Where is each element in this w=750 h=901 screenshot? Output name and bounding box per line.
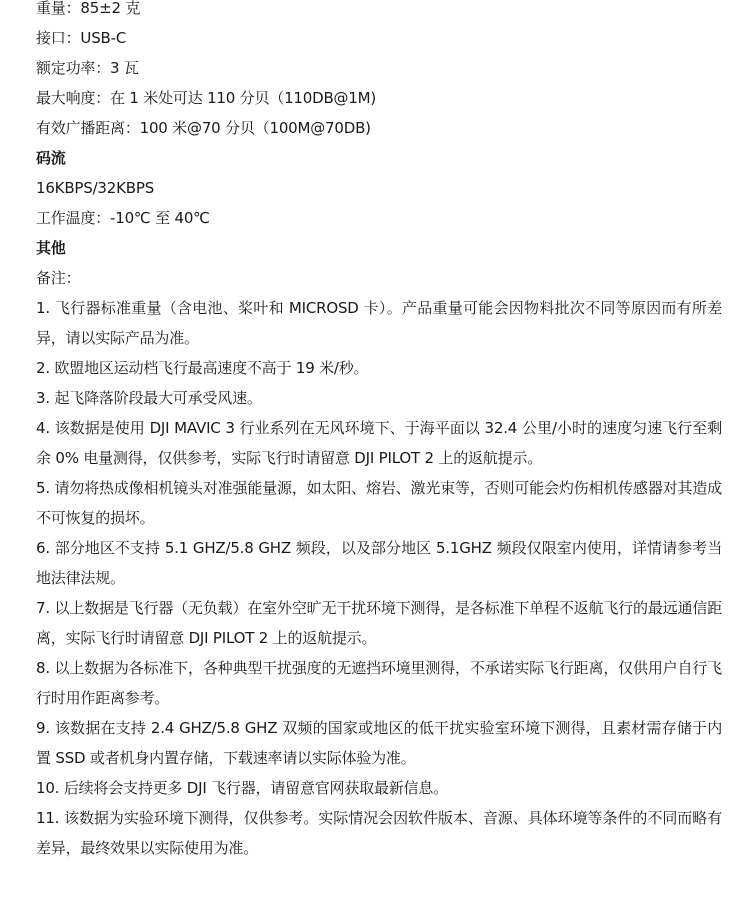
note-item-8: 8. 以上数据为各标准下，各种典型干扰强度的无遮挡环境里测得，不承诺实际飞行距离… [36,653,722,713]
notes-list: 1. 飞行器标准重量（含电池、桨叶和 MICROSD 卡）。产品重量可能会因物料… [36,293,722,863]
spec-value: 在 1 米处可达 110 分贝（110DB@1M) [110,89,376,107]
section-heading-bitrate: 码流 [36,143,722,173]
notes-label: 备注： [36,263,722,293]
spec-label: 工作温度 [36,209,95,227]
spec-interface: 接口：USB-C [36,23,722,53]
spec-rated-power: 额定功率：3 瓦 [36,53,722,83]
spec-value: 100 米@70 分贝（100M@70DB) [140,119,371,137]
note-item-10: 10. 后续将会支持更多 DJI 飞行器，请留意官网获取最新信息。 [36,773,722,803]
note-item-6: 6. 部分地区不支持 5.1 GHZ/5.8 GHZ 频段，以及部分地区 5.1… [36,533,722,593]
spec-value: USB-C [80,29,126,47]
note-item-3: 3. 起飞降落阶段最大可承受风速。 [36,383,722,413]
note-item-4: 4. 该数据是使用 DJI MAVIC 3 行业系列在无风环境下、于海平面以 3… [36,413,722,473]
spec-label: 接口 [36,29,66,47]
spec-label: 重量 [36,0,66,17]
spec-separator: ： [66,0,81,17]
note-item-11: 11. 该数据为实验环境下测得，仅供参考。实际情况会因软件版本、音源、具体环境等… [36,803,722,863]
spec-label: 最大响度 [36,89,95,107]
spec-operating-temperature: 工作温度：-10℃ 至 40℃ [36,203,722,233]
spec-separator: ： [95,209,110,227]
spec-separator: ： [66,29,81,47]
note-item-7: 7. 以上数据是飞行器（无负载）在室外空旷无干扰环境下测得，是各标准下单程不返航… [36,593,722,653]
note-item-2: 2. 欧盟地区运动档飞行最高速度不高于 19 米/秒。 [36,353,722,383]
spec-value: 85±2 克 [80,0,140,17]
spec-separator: ： [95,89,110,107]
spec-separator: ： [95,59,110,77]
spec-value: 3 瓦 [110,59,139,77]
spec-document: 重量：85±2 克 接口：USB-C 额定功率：3 瓦 最大响度：在 1 米处可… [36,0,722,863]
spec-max-loudness: 最大响度：在 1 米处可达 110 分贝（110DB@1M) [36,83,722,113]
section-heading-other: 其他 [36,233,722,263]
note-item-9: 9. 该数据在支持 2.4 GHZ/5.8 GHZ 双频的国家或地区的低干扰实验… [36,713,722,773]
spec-broadcast-range: 有效广播距离：100 米@70 分贝（100M@70DB) [36,113,722,143]
spec-separator: ： [125,119,140,137]
note-item-1: 1. 飞行器标准重量（含电池、桨叶和 MICROSD 卡）。产品重量可能会因物料… [36,293,722,353]
spec-label: 有效广播距离 [36,119,125,137]
spec-weight: 重量：85±2 克 [36,0,722,23]
spec-label: 额定功率 [36,59,95,77]
spec-value: -10℃ 至 40℃ [110,209,210,227]
spec-bitrate-value: 16KBPS/32KBPS [36,173,722,203]
note-item-5: 5. 请勿将热成像相机镜头对准强能量源，如太阳、熔岩、激光束等，否则可能会灼伤相… [36,473,722,533]
